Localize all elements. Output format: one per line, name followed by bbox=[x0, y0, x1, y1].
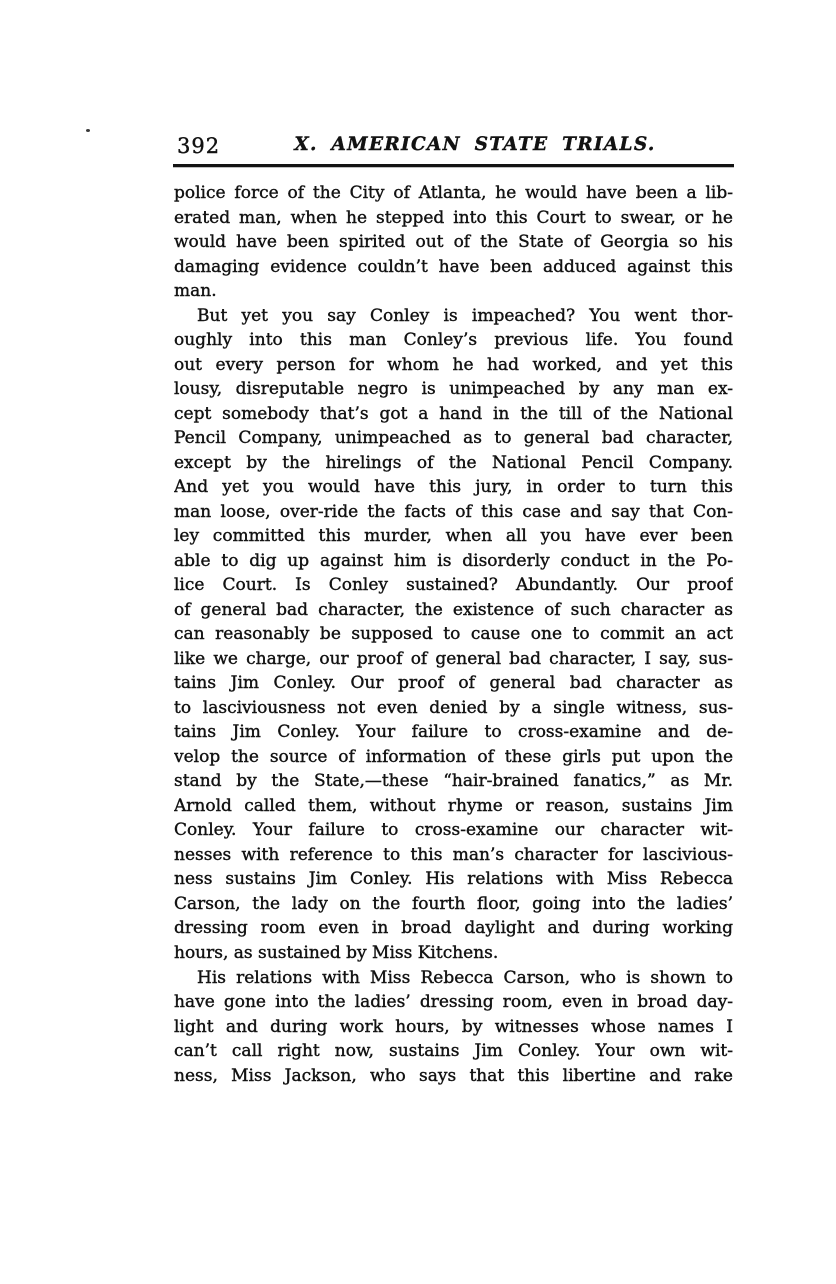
text-line: tains Jim Conley. Our proof of general b… bbox=[174, 671, 733, 696]
text-line: lice Court. Is Conley sustained? Abundan… bbox=[174, 573, 733, 598]
text-line: hours, as sustained by Miss Kitchens. bbox=[174, 941, 733, 966]
paragraph: police force of the City of Atlanta, he … bbox=[174, 181, 733, 304]
text-line: man. bbox=[174, 279, 733, 304]
text-line: police force of the City of Atlanta, he … bbox=[174, 181, 733, 206]
text-line: man loose, over-ride the facts of this c… bbox=[174, 500, 733, 525]
text-line: like we charge, our proof of general bad… bbox=[174, 647, 733, 672]
text-line: oughly into this man Conley’s previous l… bbox=[174, 328, 733, 353]
text-line: nesses with reference to this man’s char… bbox=[174, 843, 733, 868]
text-line: light and during work hours, by witnesse… bbox=[174, 1015, 733, 1040]
scan-speck bbox=[86, 129, 90, 132]
text-line: able to dig up against him is disorderly… bbox=[174, 549, 733, 574]
text-line: stand by the State,—these “hair-brained … bbox=[174, 769, 733, 794]
text-line: velop the source of information of these… bbox=[174, 745, 733, 770]
text-line: But yet you say Conley is impeached? You… bbox=[174, 304, 733, 329]
text-line: to lasciviousness not even denied by a s… bbox=[174, 696, 733, 721]
text-line: can reasonably be supposed to cause one … bbox=[174, 622, 733, 647]
text-line: damaging evidence couldn’t have been add… bbox=[174, 255, 733, 280]
text-line: lousy, disreputable negro is unimpeached… bbox=[174, 377, 733, 402]
book-page: 392 X. AMERICAN STATE TRIALS. police for… bbox=[0, 0, 836, 1284]
text-line: erated man, when he stepped into this Co… bbox=[174, 206, 733, 231]
text-line: would have been spirited out of the Stat… bbox=[174, 230, 733, 255]
text-line: out every person for whom he had worked,… bbox=[174, 353, 733, 378]
text-line: Carson, the lady on the fourth floor, go… bbox=[174, 892, 733, 917]
text-line: Arnold called them, without rhyme or rea… bbox=[174, 794, 733, 819]
text-line: tains Jim Conley. Your failure to cross-… bbox=[174, 720, 733, 745]
text-line: except by the hirelings of the National … bbox=[174, 451, 733, 476]
text-line: His relations with Miss Rebecca Carson, … bbox=[174, 966, 733, 991]
text-line: can’t call right now, sustains Jim Conle… bbox=[174, 1039, 733, 1064]
header-rule bbox=[173, 164, 734, 167]
text-line: cept somebody that’s got a hand in the t… bbox=[174, 402, 733, 427]
text-line: dressing room even in broad daylight and… bbox=[174, 916, 733, 941]
text-line: ness sustains Jim Conley. His relations … bbox=[174, 867, 733, 892]
text-line: ness, Miss Jackson, who says that this l… bbox=[174, 1064, 733, 1089]
page-body: police force of the City of Atlanta, he … bbox=[174, 181, 733, 1088]
text-line: have gone into the ladies’ dressing room… bbox=[174, 990, 733, 1015]
text-line: Conley. Your failure to cross-examine ou… bbox=[174, 818, 733, 843]
text-line: And yet you would have this jury, in ord… bbox=[174, 475, 733, 500]
text-line: of general bad character, the existence … bbox=[174, 598, 733, 623]
paragraph: His relations with Miss Rebecca Carson, … bbox=[174, 966, 733, 1089]
text-line: ley committed this murder, when all you … bbox=[174, 524, 733, 549]
text-line: Pencil Company, unimpeached as to genera… bbox=[174, 426, 733, 451]
page-header: 392 X. AMERICAN STATE TRIALS. bbox=[174, 132, 734, 160]
running-title: X. AMERICAN STATE TRIALS. bbox=[174, 134, 734, 155]
paragraph: But yet you say Conley is impeached? You… bbox=[174, 304, 733, 966]
